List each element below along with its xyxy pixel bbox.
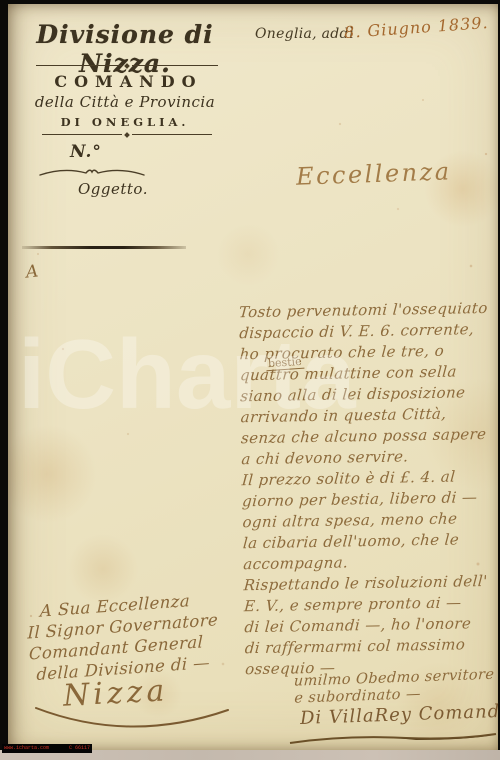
swash-ornament <box>38 166 146 178</box>
address-block: A Sua Eccellenza Il Signor Governatore C… <box>25 587 245 686</box>
letterhead-division-title: Divisione di Nizza. <box>12 20 238 78</box>
letterhead-provincia-line: della Città e Provincia <box>12 93 238 111</box>
interlinear-insertion: bestie <box>266 355 305 372</box>
number-field-label: N.° <box>70 142 102 162</box>
dateline-handwritten-date: 8. Giugno 1839. <box>344 13 490 42</box>
watermark-url: www.icharta.com <box>4 746 49 751</box>
signature-flourish <box>286 731 500 747</box>
letter-body: Tosto pervenutomi l'ossequiato dispaccio… <box>239 298 500 680</box>
horizontal-divider <box>22 246 186 249</box>
watermark-code: C 66117 <box>69 746 90 751</box>
margin-mark: A <box>25 261 40 282</box>
ornament-divider <box>42 132 212 137</box>
subject-field-label: Oggetto. <box>78 180 148 198</box>
ornament-divider <box>36 63 218 68</box>
watermark-credit-bar: www.icharta.com C 66117 <box>2 744 92 753</box>
salutation: Eccellenza <box>296 157 452 190</box>
dateline-printed: Oneglia, addì <box>255 26 354 42</box>
letter-sheet: Divisione di Nizza. COMANDO della Città … <box>8 4 498 750</box>
letterhead-place-line: DI ONEGLIA. <box>12 115 238 129</box>
address-flourish <box>30 704 235 736</box>
letterhead-comando: COMANDO <box>12 72 238 91</box>
